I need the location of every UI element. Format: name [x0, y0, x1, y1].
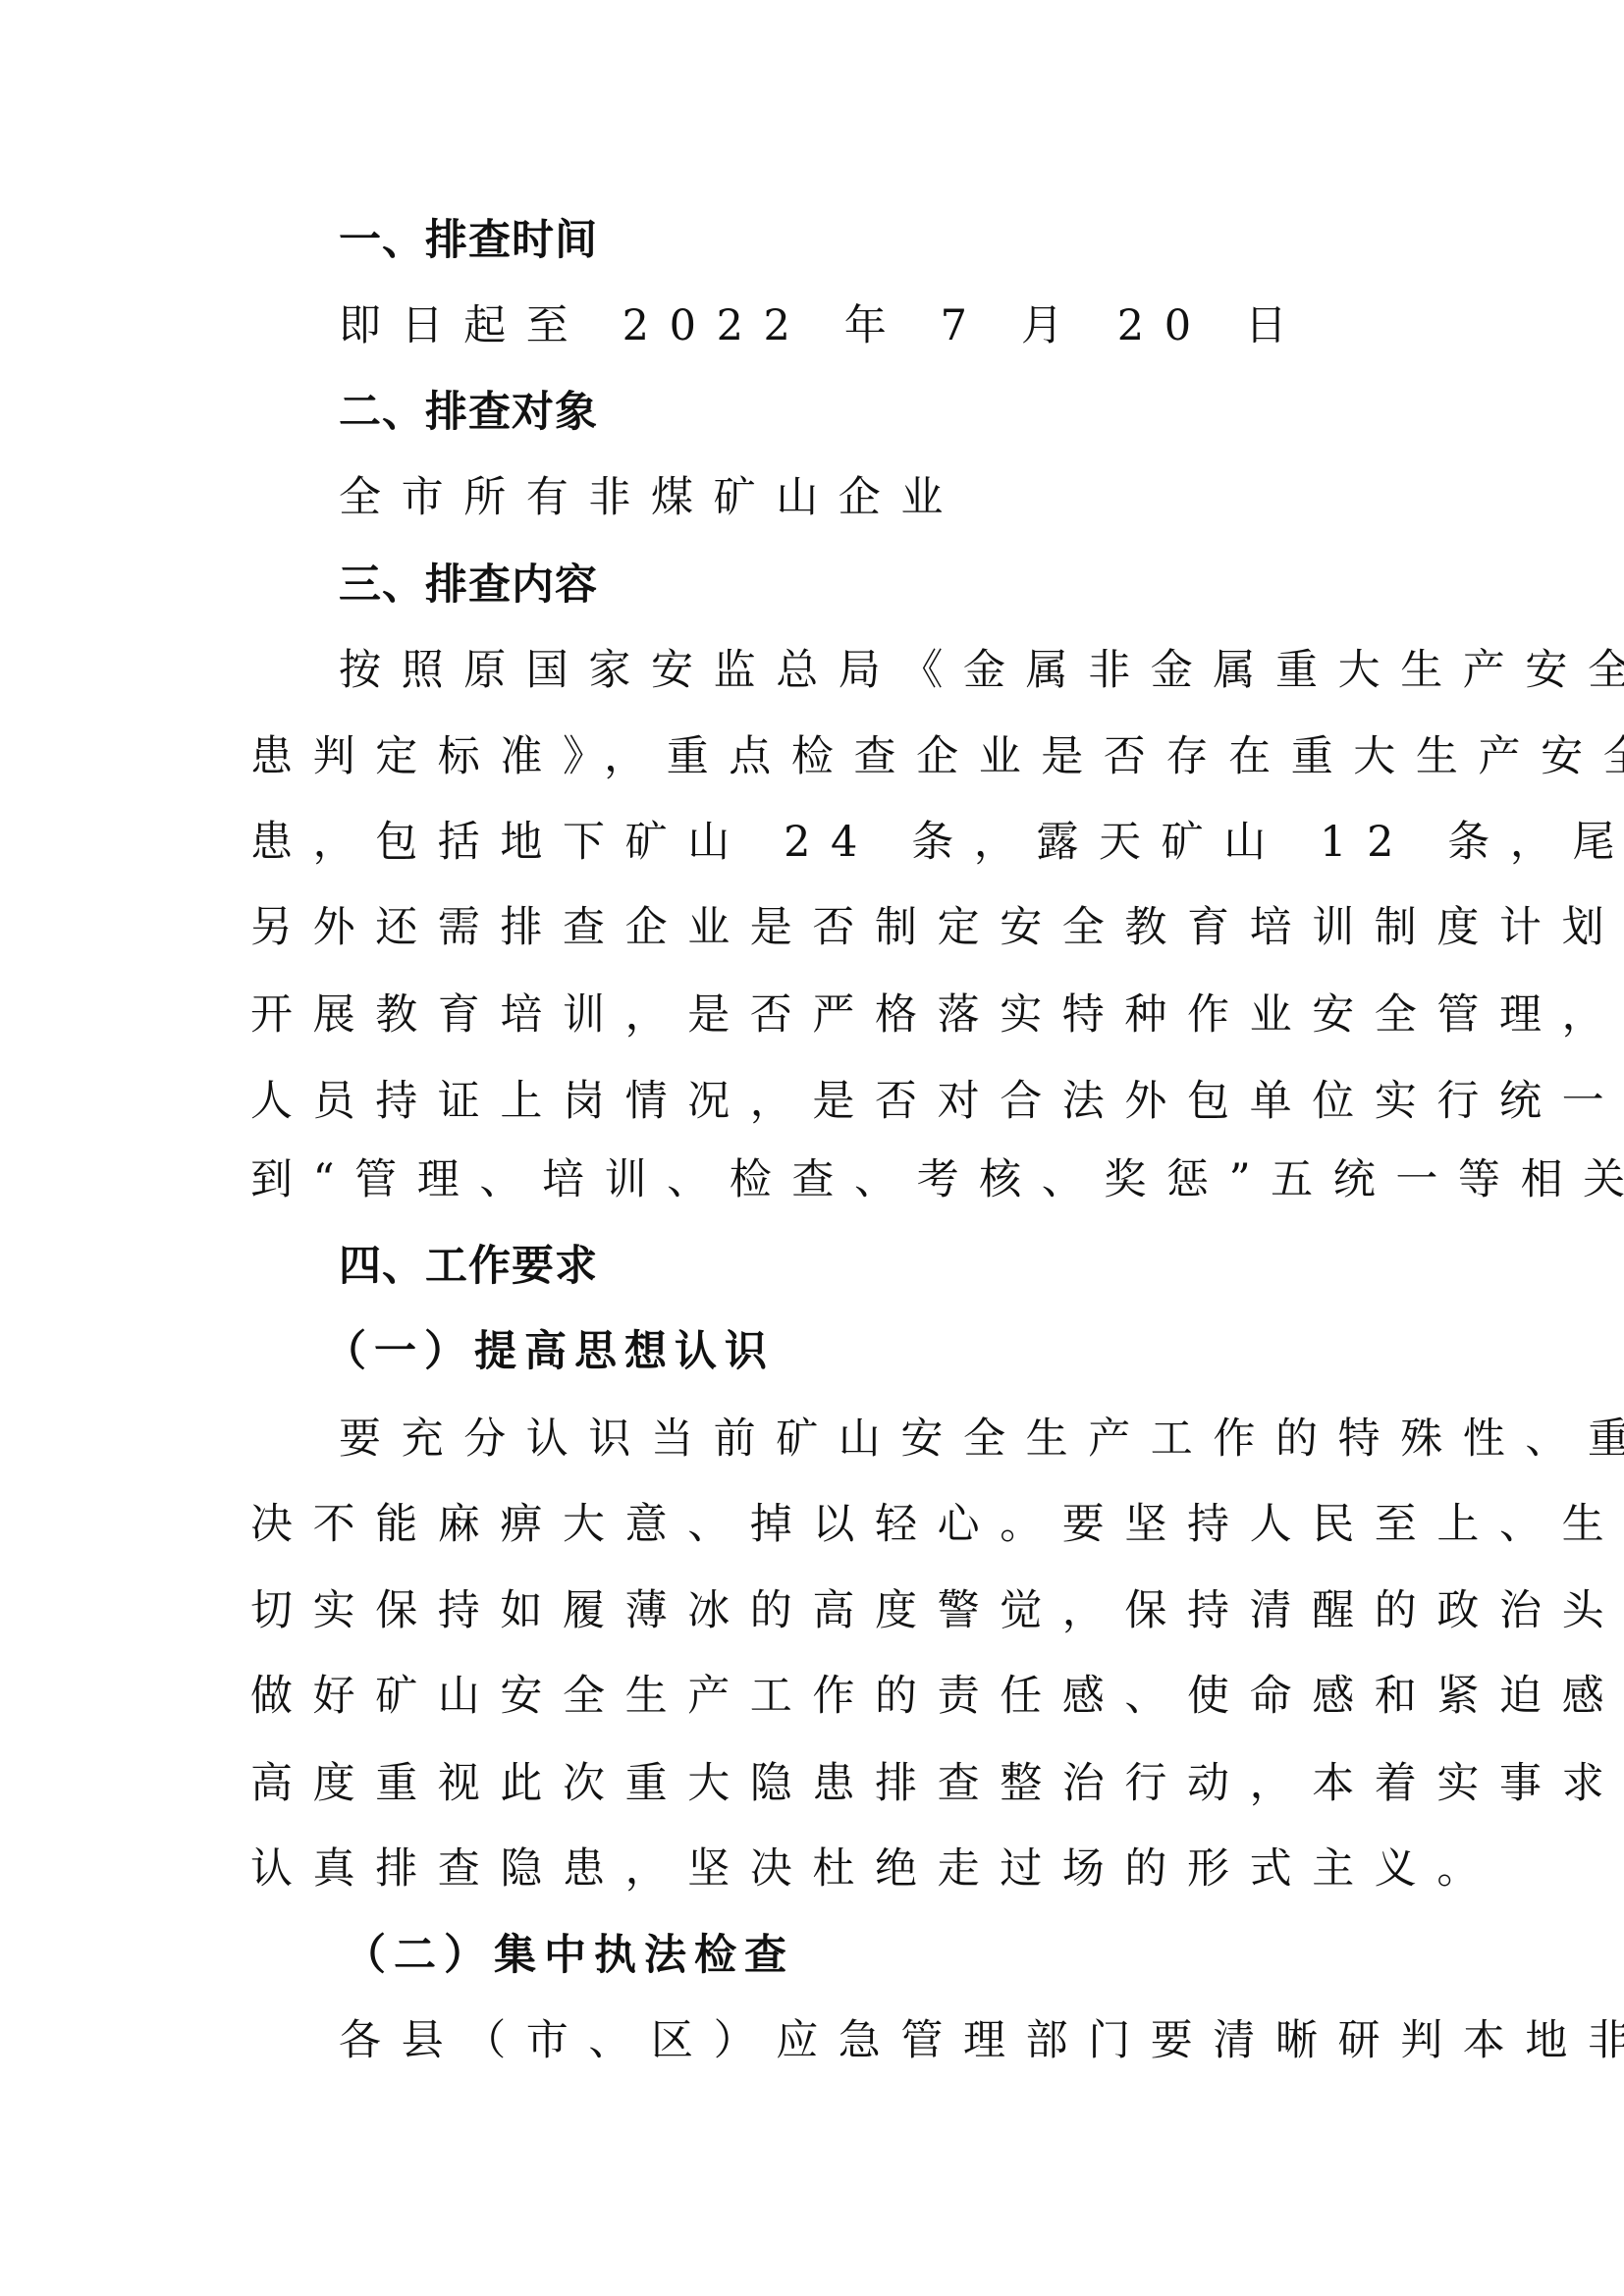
paragraph-line: 要充分认识当前矿山安全生产工作的特殊性、重要性， [339, 1410, 1380, 1468]
subsection-heading-enforcement: （二）集中执法检查 [344, 1926, 1473, 1985]
paragraph-line: 患判定标准》，重点检查企业是否存在重大生产安全事故隐 [250, 727, 1380, 786]
subsection-heading-awareness: （一）提高思想认识 [324, 1322, 1453, 1381]
targets-text: 全市所有非煤矿山企业 [339, 468, 1380, 527]
document-page: 一、排查时间 即日起至 2022 年 7 月 20 日 二、排查对象 全市所有非… [0, 0, 1624, 2296]
schedule-text: 即日起至 2022 年 7 月 20 日 [339, 296, 1380, 355]
paragraph-line: 决不能麻痹大意、掉以轻心。要坚持人民至上、生命至上， [250, 1495, 1380, 1554]
section-heading-requirements: 四、工作要求 [339, 1237, 1380, 1296]
paragraph-line: 认真排查隐患，坚决杜绝走过场的形式主义。 [250, 1840, 1380, 1898]
section-heading-schedule: 一、排查时间 [339, 211, 1380, 270]
section-heading-targets: 二、排查对象 [339, 383, 1380, 442]
paragraph-line: 做好矿山安全生产工作的责任感、使命感和紧迫感。各地要 [250, 1667, 1380, 1726]
paragraph-line: 各县（市、区）应急管理部门要清晰研判本地非煤矿山 [339, 2011, 1380, 2070]
section-heading-content: 三、排查内容 [339, 556, 1380, 614]
paragraph-line: 按照原国家安监总局《金属非金属重大生产安全事故隐 [339, 641, 1380, 700]
paragraph-line: 人员持证上岗情况，是否对合法外包单位实行统一管理，做 [250, 1072, 1380, 1131]
paragraph-line: 患，包括地下矿山 24 条，露天矿山 12 条，尾矿库 12 条。 [250, 813, 1380, 872]
paragraph-line: 另外还需排查企业是否制定安全教育培训制度计划并严格 [250, 898, 1380, 957]
paragraph-line: 切实保持如履薄冰的高度警觉，保持清醒的政治头脑，增强 [250, 1581, 1380, 1640]
paragraph-line: 高度重视此次重大隐患排查整治行动，本着实事求是的态度 [250, 1754, 1380, 1813]
paragraph-line: 到“管理、培训、检查、考核、奖惩”五统一等相关工作。 [250, 1150, 1380, 1209]
paragraph-line: 开展教育培训，是否严格落实特种作业安全管理，特种作业 [250, 986, 1380, 1044]
